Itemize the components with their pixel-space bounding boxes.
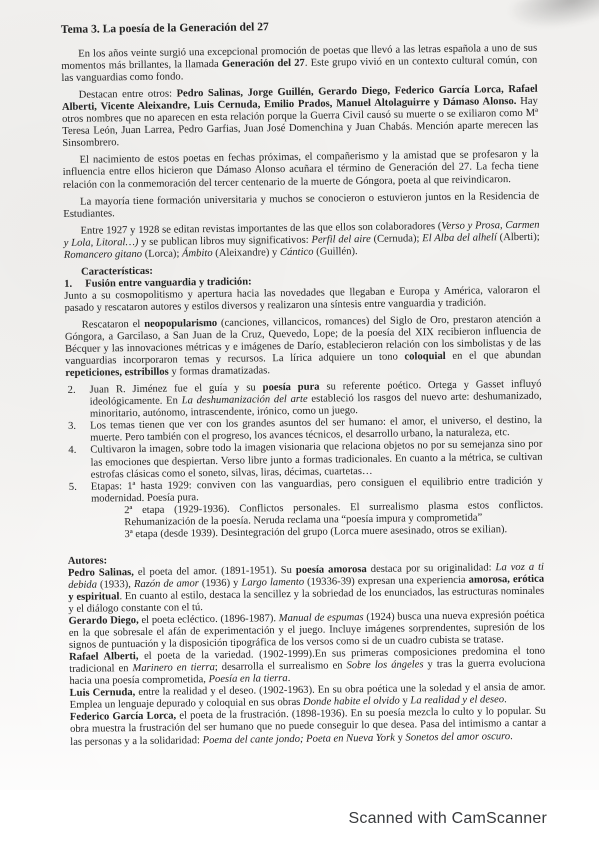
text-run: . [288,673,291,684]
text-run: (Alberti); [497,231,540,243]
para: El nacimiento de estos poetas en fechas … [63,149,539,191]
para: Rescataron el neopopularismo (canciones,… [65,314,542,380]
scanned-page: Tema 3. La poesía de la Generación del 2… [0,0,599,848]
text-run: ; desarrolla el surrealismo en [215,661,347,674]
text-run: Razón de amor [134,578,199,590]
text-run: . [510,731,513,742]
text-run: Juan R. Jiménez fue el guía y su [90,383,263,396]
text-run: El Alba del alhelí [422,232,497,244]
camscanner-footer: Scanned with CamScanner [0,790,599,848]
text-run: Romancero gitano [64,249,142,261]
list-number: 4. [68,445,76,457]
text-run: Tema 3. La poesía de la Generación del 2… [61,20,269,36]
text-run: el poeta del amor. (1891-1951). Su [134,565,296,578]
text-run: Cántico [280,246,314,257]
author: Federico García Lorca, el poeta de la fr… [70,706,546,748]
text-run: (Lorca); [142,248,182,260]
text-run: (Aleixandre) y [213,247,280,259]
text-run: Autores: [68,555,107,567]
text-run: El nacimiento de estos poetas en fechas … [63,149,539,190]
text-run: poesía pura [263,382,320,394]
text-run: Largo lamento [241,577,304,589]
para: En los años veinte surgió una excepciona… [61,43,537,85]
text-run: Poesía en la tierra [208,673,287,685]
list-number: 5. [69,481,77,493]
text-run: La realidad y el deseo [410,695,504,707]
author: Rafael Alberti, el poeta de la variedad.… [69,646,545,688]
text-run: poesía amorosa [296,564,367,576]
author: Pedro Salinas, el poeta del amor. (1891-… [68,562,545,616]
text-run: . [504,695,507,706]
text-run: (19336-39) expresan una experiencia [304,575,469,588]
list-number: 3. [68,421,76,433]
text-run: (1936) y [199,578,242,590]
text-run: Cultivaron la imagen, sobre todo la imag… [90,439,542,480]
author: Gerardo Diego, el poeta ecléctico. (1896… [69,610,545,652]
text-run: La deshumanización del arte [182,394,308,407]
text-run: Donde habite el olvido [303,696,400,708]
text-run: y formas dramatizadas. [169,365,270,377]
text-run: y se publican libros muy significativos: [138,234,311,247]
text-run: (Cernuda); [371,233,423,245]
text-run: Destacan entre otros: [79,89,177,101]
text-run: Junto a su cosmopolitismo y apertura hac… [64,285,540,314]
text-run: neopopularismo [144,318,217,330]
text-run: coloquial [404,351,445,363]
list-item: 4.Cultivaron la imagen, sobre todo la im… [66,439,542,481]
para: Entre 1927 y 1928 se editan revistas imp… [63,219,539,261]
text-run: Federico García Lorca, [70,711,176,723]
text-run: La mayoría tiene formación universitaria… [63,190,539,219]
text-run: Luis Cernuda, [70,687,136,699]
text-run: Etapas: 1ª hasta 1929: conviven con las … [91,475,543,504]
text-run: Fusión entre vanguardia y tradición: [85,276,252,289]
text-run: repeticiones, estribillos [65,367,169,379]
text-run: Perfil del aire [311,234,370,246]
text-run: el poeta ecléctico. (1896-1987). [139,613,279,626]
title: Tema 3. La poesía de la Generación del 2… [61,18,537,36]
text-run: Rescataron el [82,319,145,331]
text-run: Poema del cante jondo; Poeta en Nueva Yo… [203,732,395,746]
text-run: Características: [81,266,153,278]
text-run: en el que abundan [446,350,542,362]
camscanner-label: Scanned with CamScanner [349,810,547,828]
list-number: 2. [68,385,76,397]
text-run: (Guillén). [313,246,357,258]
list-item: 2.Juan R. Jiménez fue el guía y su poesí… [66,379,542,421]
text-run: Manual de espumas [279,612,364,624]
para: Destacan entre otros: Pedro Salinas, Jor… [62,84,539,150]
text-run: Sobre los ángeles [346,660,423,672]
text-run: Generación del 27 [222,58,305,70]
text-run: Ámbito [182,248,213,259]
text-run: y [395,732,406,743]
text-run: destaca por su originalidad: [367,562,496,575]
text-run: Marinero en tierra [132,662,214,674]
para: La mayoría tiene formación universitaria… [63,190,539,220]
text-run: y [400,696,411,707]
text-run: Pedro Salinas, [68,567,134,579]
text-run: Rafael Alberti, [69,651,139,663]
list-number: 1. [64,279,85,291]
text-run: Gerardo Diego, [69,615,139,627]
para-flush: Junto a su cosmopolitismo y apertura hac… [64,285,540,315]
document-body: Tema 3. La poesía de la Generación del 2… [0,0,599,749]
text-run: (1933), [97,579,134,590]
text-run: Sonetos del amor oscuro [405,731,510,743]
